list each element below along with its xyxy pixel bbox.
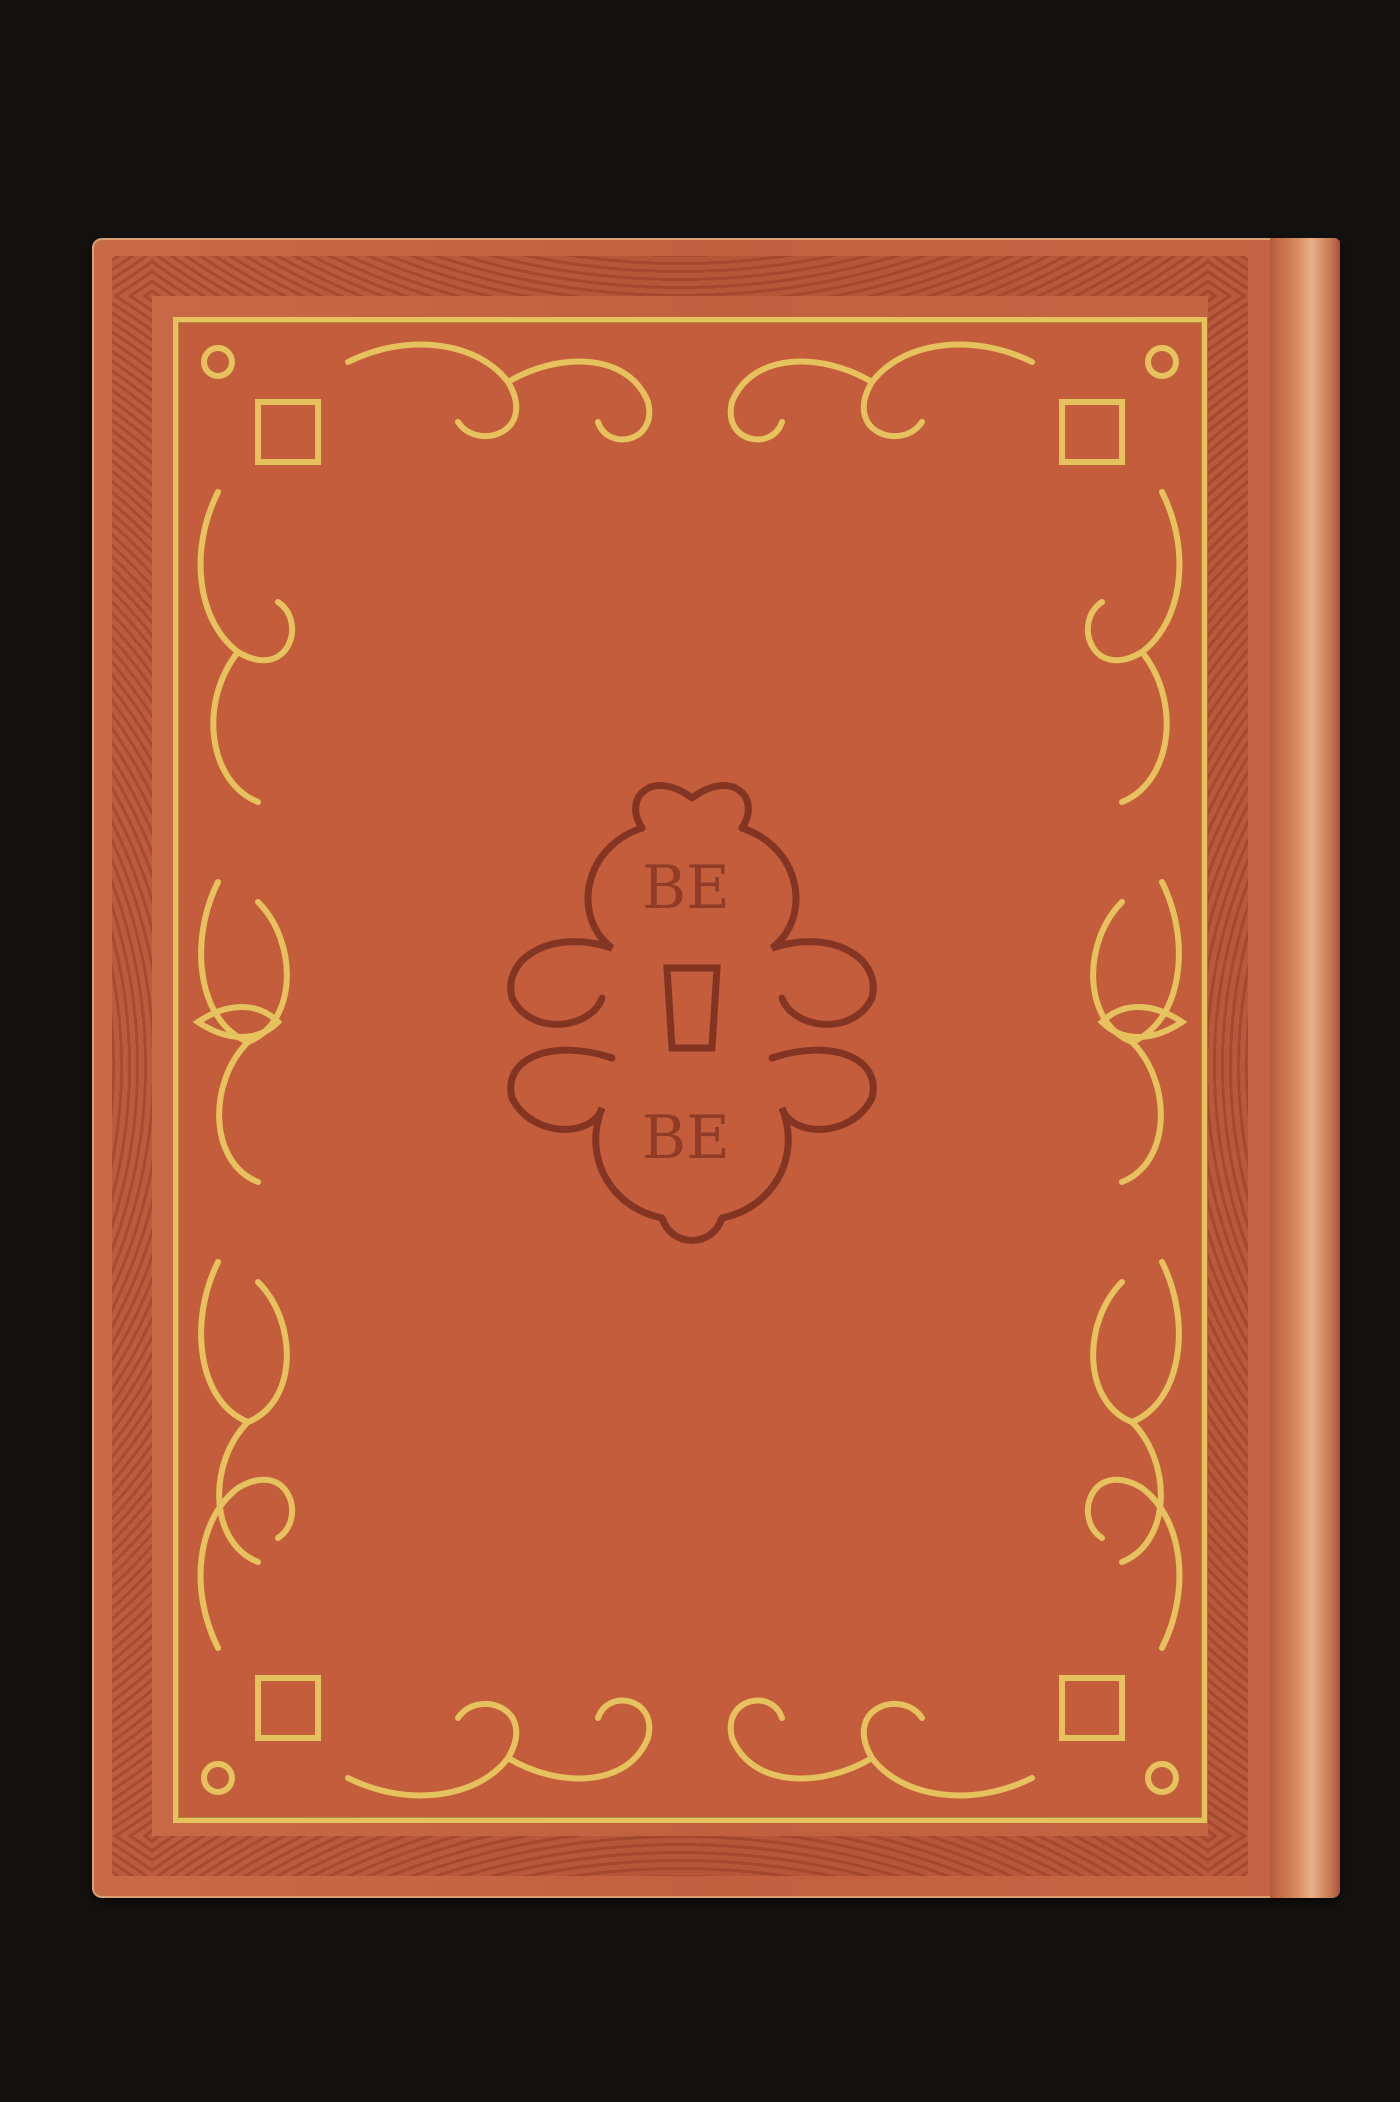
book-spine [1270,238,1340,1898]
svg-text:BE: BE [642,1103,730,1173]
center-cartouche: BE BE [492,758,892,1278]
book-cover: BE BE [92,238,1340,1898]
svg-text:BE: BE [642,853,730,923]
